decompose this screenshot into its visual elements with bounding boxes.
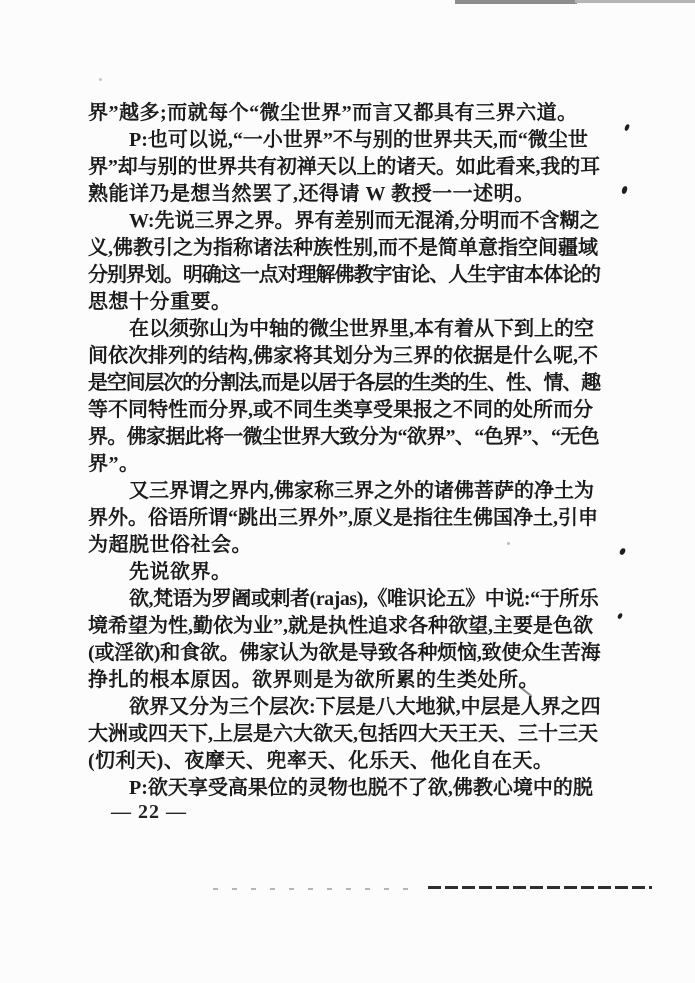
ink-speck xyxy=(621,185,628,194)
scanned-book-page: 界”越多;而就每个“微尘世界”而言又都具有三界六道。P:也可以说,“一小世界”不… xyxy=(0,0,695,983)
text-line: 大洲或四天下,上层是六大欲天,包括四大天王天、三十三天 xyxy=(88,721,614,748)
text-line: 为超脱世俗社会。 xyxy=(88,532,614,559)
text-line: 界”越多;而就每个“微尘世界”而言又都具有三界六道。 xyxy=(88,100,614,127)
scan-edge-bar-dark xyxy=(455,0,577,4)
text-body: 界”越多;而就每个“微尘世界”而言又都具有三界六道。P:也可以说,“一小世界”不… xyxy=(88,100,614,802)
text-line: 义,佛教引之为指称诸法种族性别,而不是简单意指空间疆域 xyxy=(88,235,614,262)
text-line: 境希望为性,勤依为业”,就是执性追求各种欲望,主要是色欲 xyxy=(88,613,614,640)
ink-speck xyxy=(619,547,626,555)
text-line: 欲,梵语为罗阇或剌者(rajas),《唯识论五》中说:“于所乐 xyxy=(88,586,614,613)
text-line: 界外。俗语所谓“跳出三界外”,原义是指往生佛国净土,引申 xyxy=(88,505,614,532)
text-line: 间依次排列的结构,佛家将其划分为三界的依据是什么呢,不 xyxy=(88,343,614,370)
scan-edge-bar-light xyxy=(575,0,695,3)
text-line: 等不同特性而分界,或不同生类享受果报之不同的处所而分 xyxy=(88,397,614,424)
bottom-dashed-line-dark xyxy=(428,886,652,889)
text-line: 思想十分重要。 xyxy=(88,289,614,316)
text-line: 是空间层次的分割法,而是以居于各层的生类的生、性、情、趣 xyxy=(88,370,614,397)
text-line: 分别界划。明确这一点对理解佛教宇宙论、人生宇宙本体论的 xyxy=(88,262,614,289)
text-line: P:也可以说,“一小世界”不与别的世界共天,而“微尘世 xyxy=(88,127,614,154)
text-line: 在以须弥山为中轴的微尘世界里,本有着从下到上的空 xyxy=(88,316,614,343)
bottom-dashed-line-faint xyxy=(213,888,418,890)
text-line: P:欲天享受高果位的灵物也脱不了欲,佛教心境中的脱 xyxy=(88,775,614,802)
text-line: 界”。 xyxy=(88,451,614,478)
text-line: 挣扎的根本原因。欲界则是为欲所累的生类处所。 xyxy=(88,667,614,694)
text-line: 界”却与别的世界共有初禅天以上的诸天。如此看来,我的耳 xyxy=(88,154,614,181)
text-line: 欲界又分为三个层次:下层是八大地狱,中层是人界之四 xyxy=(88,694,614,721)
ink-speck xyxy=(624,124,630,132)
faint-dot xyxy=(99,78,102,81)
text-line: 熟能详乃是想当然罢了,还得请 W 教授一一述明。 xyxy=(88,181,614,208)
text-line: (或淫欲)和食欲。佛家认为欲是导致各种烦恼,致使众生苦海 xyxy=(88,640,614,667)
page-number: — 22 — xyxy=(111,801,187,824)
text-line: 又三界谓之界内,佛家称三界之外的诸佛菩萨的净土为 xyxy=(88,478,614,505)
text-line: W:先说三界之界。界有差别而无混淆,分明而不含糊之 xyxy=(88,208,614,235)
text-line: (忉利天)、夜摩天、兜率天、化乐天、他化自在天。 xyxy=(88,748,614,775)
text-line: 界。佛家据此将一微尘世界大致分为“欲界”、“色界”、“无色 xyxy=(88,424,614,451)
ink-speck xyxy=(617,612,623,619)
text-line: 先说欲界。 xyxy=(88,559,614,586)
